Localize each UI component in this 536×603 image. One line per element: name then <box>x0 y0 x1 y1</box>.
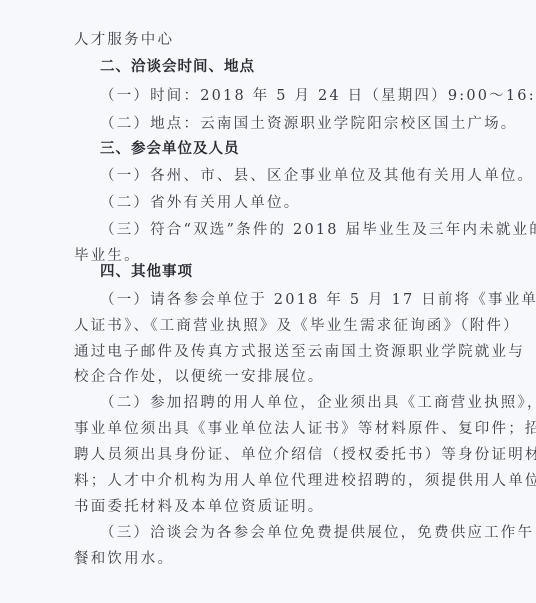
paragraph-line: 料；人才中介机构为用人单位代理进校招聘的，须提供用人单位 <box>74 471 536 491</box>
paragraph-line: 餐和饮用水。 <box>74 549 174 569</box>
paragraph-line: 人才服务中心 <box>74 30 174 50</box>
paragraph-line: 人证书》、《工商营业执照》及《毕业生需求征询函》（附件） <box>74 316 520 336</box>
paragraph-line: 通过电子邮件及传真方式报送至云南国土资源职业学院就业与 <box>74 342 525 362</box>
paragraph-line: （一）各州、市、县、区企事业单位及其他有关用人单位。 <box>100 166 534 186</box>
paragraph-line: 校企合作处，以便统一安排展位。 <box>74 367 325 387</box>
paragraph-line: （二）地点：云南国土资源职业学院阳宗校区国土广场。 <box>100 114 518 134</box>
section-heading: 二、洽谈会时间、地点 <box>100 57 255 77</box>
paragraph-line: （二）省外有关用人单位。 <box>100 193 300 213</box>
paragraph-line: 聘人员须出具身份证、单位介绍信（授权委托书）等身份证明材 <box>74 445 536 465</box>
paragraph-line: 事业单位须出具《事业单位法人证书》等材料原件、复印件；招 <box>74 419 536 439</box>
paragraph-line: （三）洽谈会为各参会单位免费提供展位，免费供应工作午 <box>100 523 534 543</box>
paragraph-line: （二）参加招聘的用人单位，企业须出具《工商营业执照》， <box>100 393 536 413</box>
section-heading: 四、其他事项 <box>100 262 193 282</box>
paragraph-line: （一）请各参会单位于 2018 年 5 月 17 日前将《事业单位法 <box>100 290 536 310</box>
document-page: 人才服务中心二、洽谈会时间、地点（一）时间：2018 年 5 月 24 日（星期… <box>0 0 536 603</box>
paragraph-line: 书面委托材料及本单位资质证明。 <box>74 497 325 517</box>
paragraph-line: （三）符合“双选”条件的 2018 届毕业生及三年内未就业的 <box>100 220 536 240</box>
paragraph-line: （一）时间：2018 年 5 月 24 日（星期四）9:00～16:00。 <box>100 86 536 106</box>
section-heading: 三、参会单位及人员 <box>100 139 240 159</box>
